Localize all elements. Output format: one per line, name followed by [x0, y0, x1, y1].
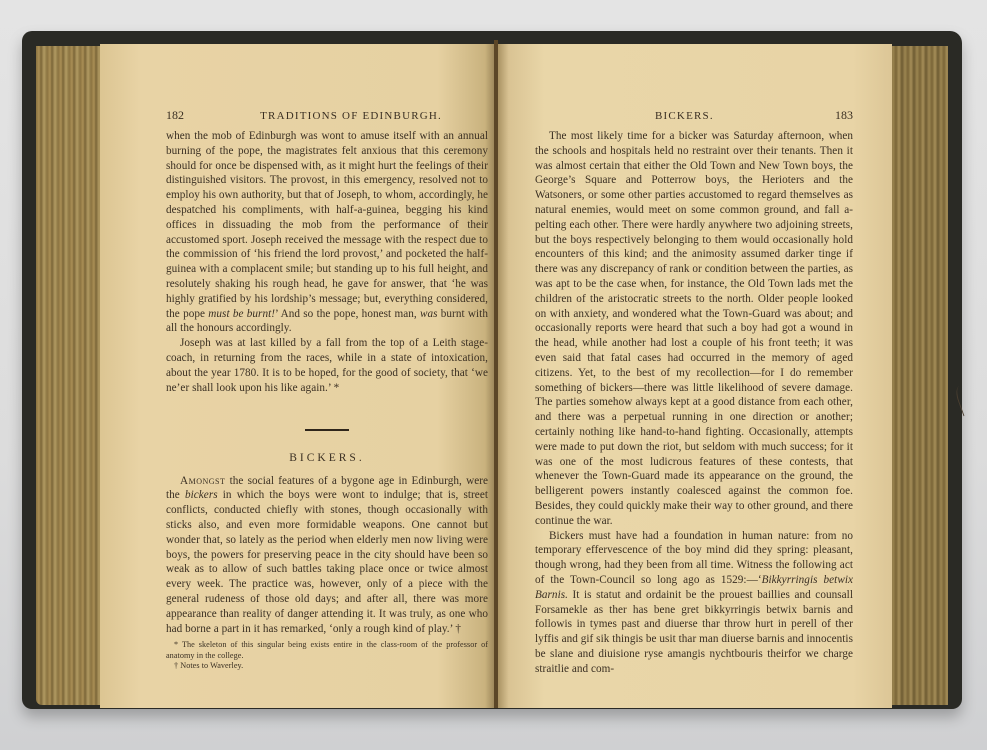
- paragraph: Bickers must have had a foundation in hu…: [535, 529, 853, 677]
- book-gutter: [494, 40, 498, 708]
- footnote: † Notes to Waverley.: [166, 661, 488, 672]
- footnotes: * The skeleton of this singular being ex…: [166, 640, 488, 672]
- section-divider: [305, 429, 349, 431]
- right-page: BICKERS. 183 The most likely time for a …: [497, 44, 892, 708]
- running-head-title: BICKERS.: [655, 110, 714, 122]
- section-title: BICKERS.: [166, 451, 488, 466]
- paragraph: The most likely time for a bicker was Sa…: [535, 129, 853, 529]
- page-edges-right: [890, 46, 948, 705]
- paragraph: when the mob of Edinburgh was wont to am…: [166, 129, 488, 336]
- page-number: 183: [835, 108, 853, 123]
- left-page: 182 TRADITIONS OF EDINBURGH. when the mo…: [100, 44, 497, 708]
- left-running-head: 182 TRADITIONS OF EDINBURGH.: [166, 108, 488, 123]
- page-number: 182: [166, 108, 184, 123]
- page-edges-left: [36, 46, 102, 705]
- right-running-head: BICKERS. 183: [535, 108, 853, 123]
- left-text-block: when the mob of Edinburgh was wont to am…: [166, 129, 488, 672]
- right-text-block: The most likely time for a bicker was Sa…: [535, 129, 853, 676]
- running-head-title: TRADITIONS OF EDINBURGH.: [260, 110, 442, 122]
- paragraph: Joseph was at last killed by a fall from…: [166, 336, 488, 395]
- paragraph: Amongst the social features of a bygone …: [166, 474, 488, 637]
- footnote: * The skeleton of this singular being ex…: [166, 640, 488, 661]
